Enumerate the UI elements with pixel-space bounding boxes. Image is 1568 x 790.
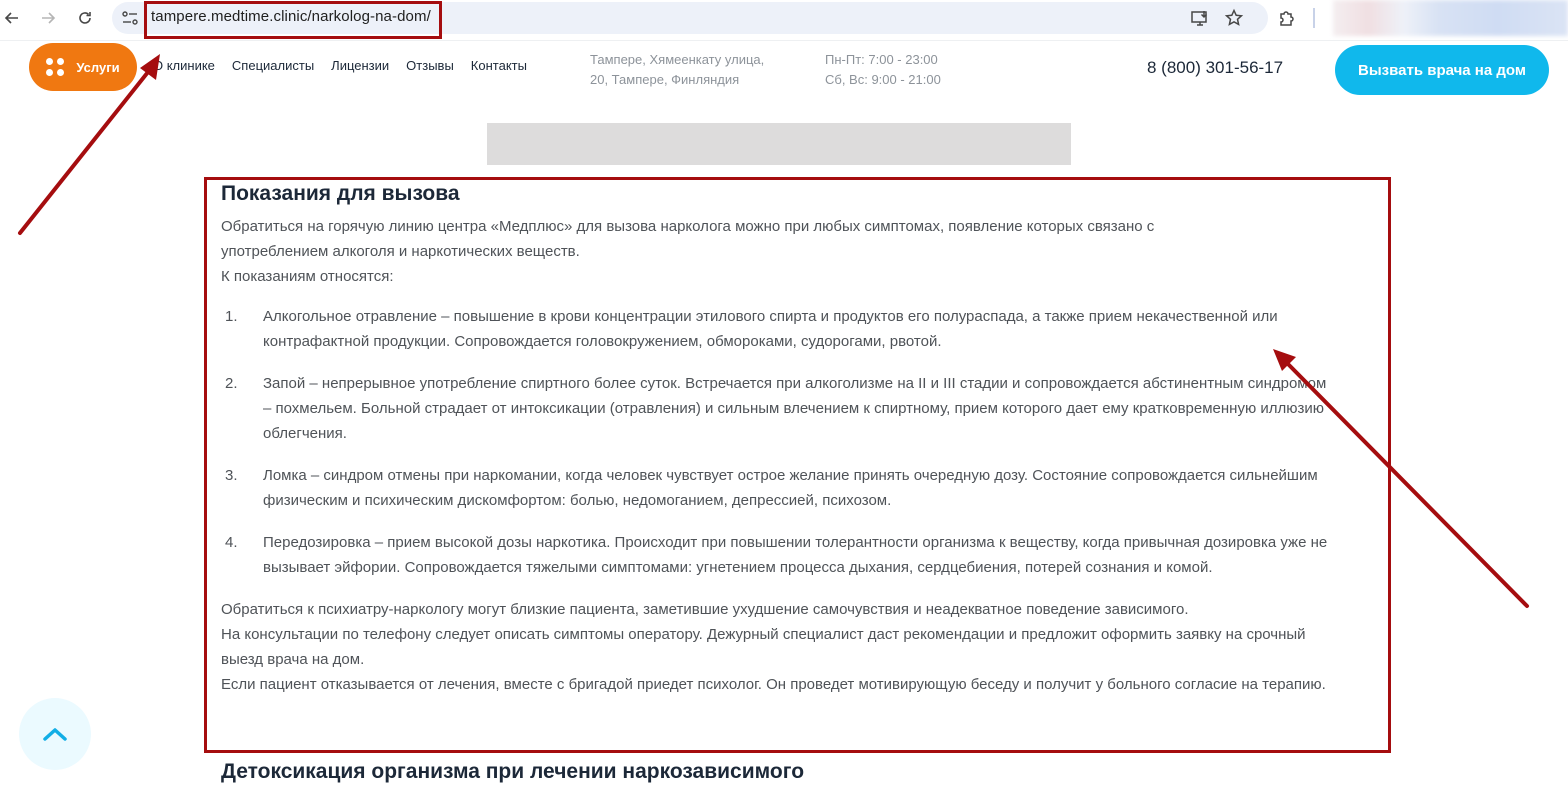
closing-text: Обратиться к психиатру-наркологу могут б… [221,597,1331,697]
url-annotation-box [144,1,442,39]
services-button[interactable]: Услуги [29,43,137,91]
list-item: 1.Алкогольное отравление – повышение в к… [221,304,1331,354]
clinic-address: Тампере, Хямеенкату улица, 20, Тампере, … [590,50,764,90]
reload-icon[interactable] [73,6,97,30]
main-nav: О клинике Специалисты Лицензии Отзывы Ко… [153,58,527,73]
next-section-heading: Детоксикация организма при лечении нарко… [221,760,804,784]
nav-reviews[interactable]: Отзывы [406,58,454,73]
services-label: Услуги [76,60,119,75]
nav-licenses[interactable]: Лицензии [331,58,389,73]
indications-list: 1.Алкогольное отравление – повышение в к… [221,304,1331,580]
back-icon[interactable] [0,6,24,30]
nav-about[interactable]: О клинике [153,58,215,73]
list-item: 2.Запой – непрерывное употребление спирт… [221,371,1331,446]
image-placeholder [487,123,1071,165]
section-heading: Показания для вызова [221,180,1331,208]
forward-icon[interactable] [36,6,60,30]
indications-section: Показания для вызова Обратиться на горяч… [221,180,1331,697]
browser-toolbar: tampere.medtime.clinic/narkolog-na-dom/ [0,0,1568,36]
intro-text: Обратиться на горячую линию центра «Медп… [221,214,1331,289]
nav-contacts[interactable]: Контакты [471,58,527,73]
toolbar-divider [1313,8,1315,28]
grid-dots-icon [46,58,64,76]
scroll-to-top-button[interactable] [19,698,91,770]
list-item: 3.Ломка – синдром отмены при наркомании,… [221,463,1331,513]
list-item: 4.Передозировка – прием высокой дозы нар… [221,530,1331,580]
site-info-icon[interactable] [120,8,140,28]
bookmark-star-icon[interactable] [1222,6,1246,30]
call-doctor-button[interactable]: Вызвать врача на дом [1335,45,1549,95]
phone-number[interactable]: 8 (800) 301-56-17 [1147,58,1283,78]
install-app-icon[interactable] [1188,6,1212,30]
site-header: Услуги О клинике Специалисты Лицензии От… [0,40,1568,98]
working-hours: Пн-Пт: 7:00 - 23:00 Сб, Вс: 9:00 - 21:00 [825,50,941,90]
chevron-up-icon [42,726,68,742]
profile-area-blurred[interactable] [1333,0,1568,36]
nav-specialists[interactable]: Специалисты [232,58,314,73]
extensions-icon[interactable] [1275,6,1299,30]
